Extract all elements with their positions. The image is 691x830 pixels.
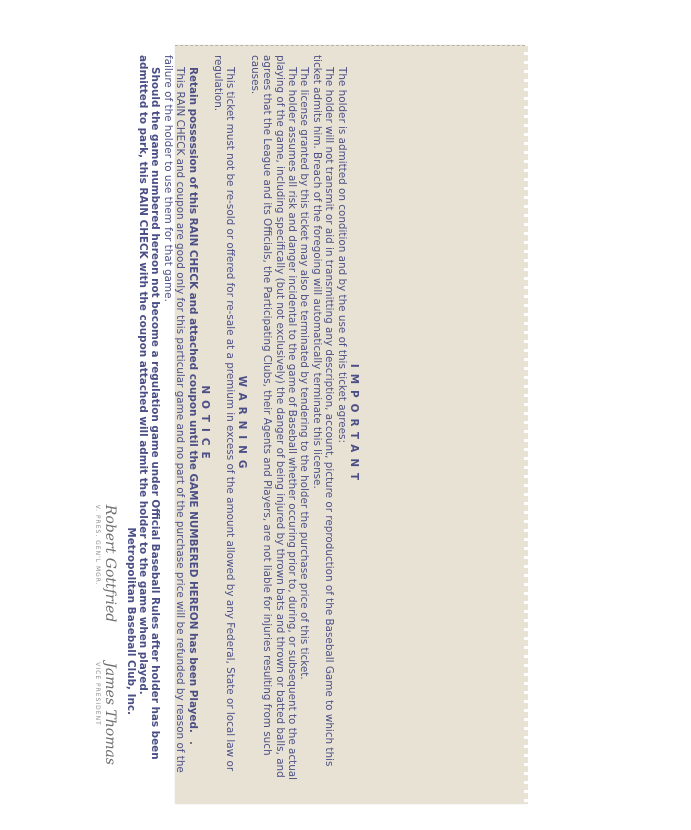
signature-name: Robert Gottfried (102, 505, 118, 622)
warning-header: WARNING (236, 55, 248, 795)
signature-row: Robert Gottfried V. PRES. GEN'L MGR. Jam… (90, 55, 116, 795)
signature-title: V. PRES. GEN'L MGR. (90, 505, 102, 622)
notice-paragraph: This RAIN CHECK and coupon are good only… (162, 55, 187, 795)
important-paragraph: The holder is admitted on condition and … (335, 55, 347, 795)
important-paragraph: The holder will not transmit or aid in t… (310, 55, 335, 795)
notice-paragraph: Retain possession of this RAIN CHECK and… (186, 55, 198, 795)
signature-title: VICE PRESIDENT (90, 662, 102, 765)
print-dot (190, 742, 192, 744)
important-paragraph: The license granted by this ticket may a… (298, 55, 310, 795)
notice-header: NOTICE (199, 55, 211, 795)
club-name: Metropolitan Baseball Club, Inc. (124, 55, 136, 795)
signature-2: James Thomas VICE PRESIDENT (90, 662, 116, 765)
important-header: IMPORTANT (348, 55, 360, 795)
important-paragraph: The holder assumes all risk and danger i… (248, 55, 298, 795)
signature-1: Robert Gottfried V. PRES. GEN'L MGR. (90, 505, 116, 622)
notice-paragraph: Should the game numbered hereon not beco… (137, 55, 162, 795)
ticket-text-block: IMPORTANT The holder is admitted on cond… (60, 55, 360, 795)
warning-text: This ticket must not be re-sold or offer… (211, 55, 236, 795)
signature-name: James Thomas (102, 662, 118, 765)
